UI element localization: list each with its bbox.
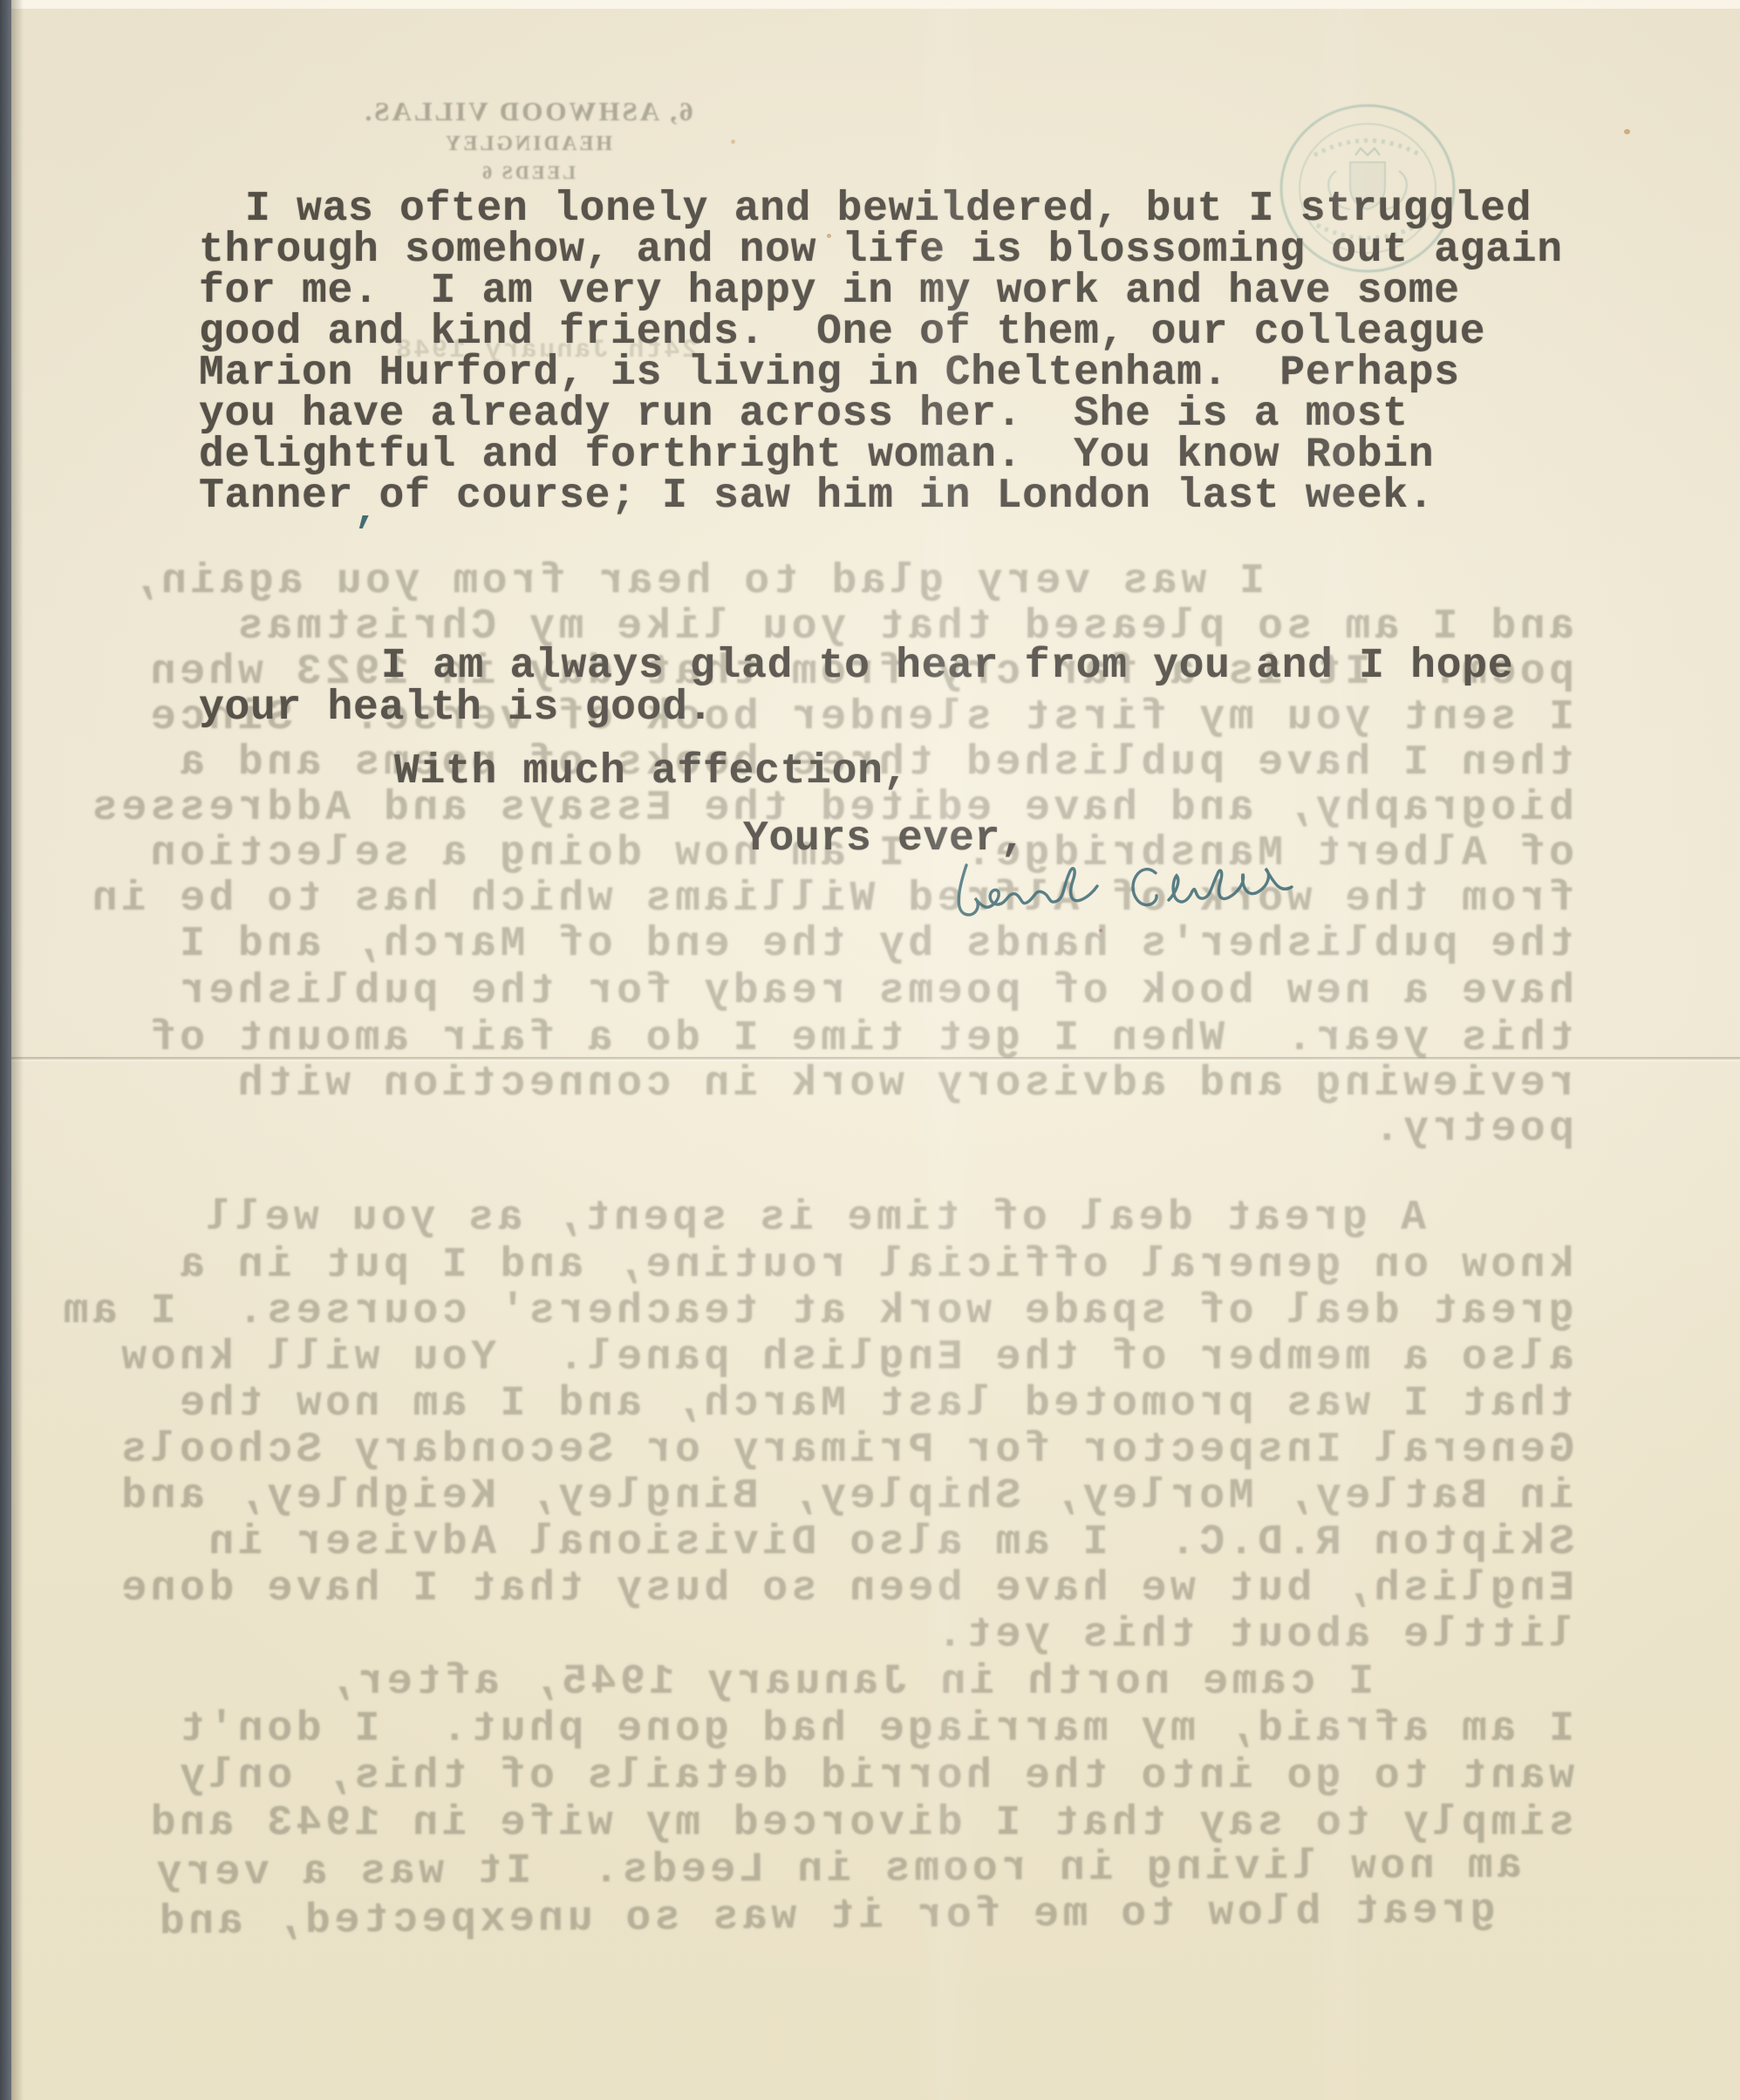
bleed-line: A great deal of time is spent, as you we… xyxy=(202,1195,1426,1242)
typed-line: Tanner of course; I saw him in London la… xyxy=(199,473,1434,520)
typed-line: delightful and forthright woman. You kno… xyxy=(199,432,1434,479)
bleed-line: want to go into the horrid details of th… xyxy=(176,1753,1574,1800)
scan-edge-shadow xyxy=(0,0,11,2100)
typed-line: Marion Hurford, is living in Cheltenham.… xyxy=(199,350,1460,397)
typed-line: I was often lonely and bewildered, but I… xyxy=(245,186,1532,233)
typed-line: I am always glad to hear from you and I … xyxy=(381,643,1513,690)
typed-line: for me. I am very happy in my work and h… xyxy=(199,268,1460,315)
signature-stroke xyxy=(959,865,1292,915)
typed-line: through somehow, and now life is blossom… xyxy=(199,227,1563,274)
bleed-line: little about this yet. xyxy=(933,1612,1574,1659)
paper-left-edge-shadow xyxy=(11,0,24,2100)
bleed-letterhead: 6, ASHWOOD VILLAS. HEADINGLEY LEEDS 6 xyxy=(314,96,741,184)
bleed-line: great blow to me for it was so unexpecte… xyxy=(155,1887,1496,1946)
fold-crease xyxy=(0,1057,1740,1060)
bleed-line: in Batley, Morley, Shipley, Bingley, Kei… xyxy=(118,1473,1574,1520)
bleed-line: the publisher's hands by the end of Marc… xyxy=(176,921,1574,968)
bleed-line: poetry. xyxy=(1370,1106,1574,1153)
signature-leonard-clark xyxy=(952,848,1336,944)
paper-top-edge xyxy=(11,0,1740,9)
bleed-line: am now living in rooms in Leeds. It was … xyxy=(153,1843,1522,1897)
paper-speck xyxy=(1624,129,1630,134)
typed-line: good and kind friends. One of them, our … xyxy=(199,309,1485,356)
bleed-letterhead-line: 6, ASHWOOD VILLAS. xyxy=(314,96,741,127)
bleed-line: reviewing and advisory work in connectio… xyxy=(234,1060,1574,1108)
bleed-line: great deal of spade work at teachers' co… xyxy=(59,1288,1574,1335)
paper-speck xyxy=(827,234,831,238)
typed-line: you have already run across her. She is … xyxy=(199,391,1409,438)
bleed-line: have a new book of poems ready for the p… xyxy=(176,968,1574,1015)
paper-speck xyxy=(731,140,735,144)
bleed-line: simply to say that I divorced my wife in… xyxy=(147,1800,1574,1847)
bleed-line: also a member of the English panel. You … xyxy=(118,1334,1574,1381)
bleed-letterhead-line: LEEDS 6 xyxy=(314,161,741,184)
bleed-line: I am afraid, my marriage had gone phut. … xyxy=(176,1706,1574,1753)
handwritten-comma: , xyxy=(354,488,379,534)
bleed-line: I was very glad to hear from you again, xyxy=(128,558,1265,605)
letter-page: 6, ASHWOOD VILLAS. HEADINGLEY LEEDS 6 24… xyxy=(0,0,1740,2100)
bleed-letterhead-line: HEADINGLEY xyxy=(314,133,741,156)
bleed-line: English, but we have been so busy that I… xyxy=(118,1565,1574,1612)
bleed-line: this year. When I get time I do a fair a… xyxy=(147,1015,1574,1062)
bleed-line: that I was promoted last March, and I am… xyxy=(176,1381,1574,1428)
bleed-line: General Inspector for Primary or Seconda… xyxy=(118,1427,1574,1474)
bleed-line: Skipton R.D.C. I am also Divisional Advi… xyxy=(205,1519,1574,1566)
bleed-line: from the work of Alfred Williams which h… xyxy=(88,876,1574,923)
paper-speck xyxy=(1099,929,1102,932)
typed-line: your health is good. xyxy=(199,685,713,732)
bleed-line: I came north in January 1945, after, xyxy=(324,1659,1374,1706)
bleed-line: know on general official routine, and I … xyxy=(176,1242,1574,1289)
valediction-line: With much affection, xyxy=(394,748,909,795)
